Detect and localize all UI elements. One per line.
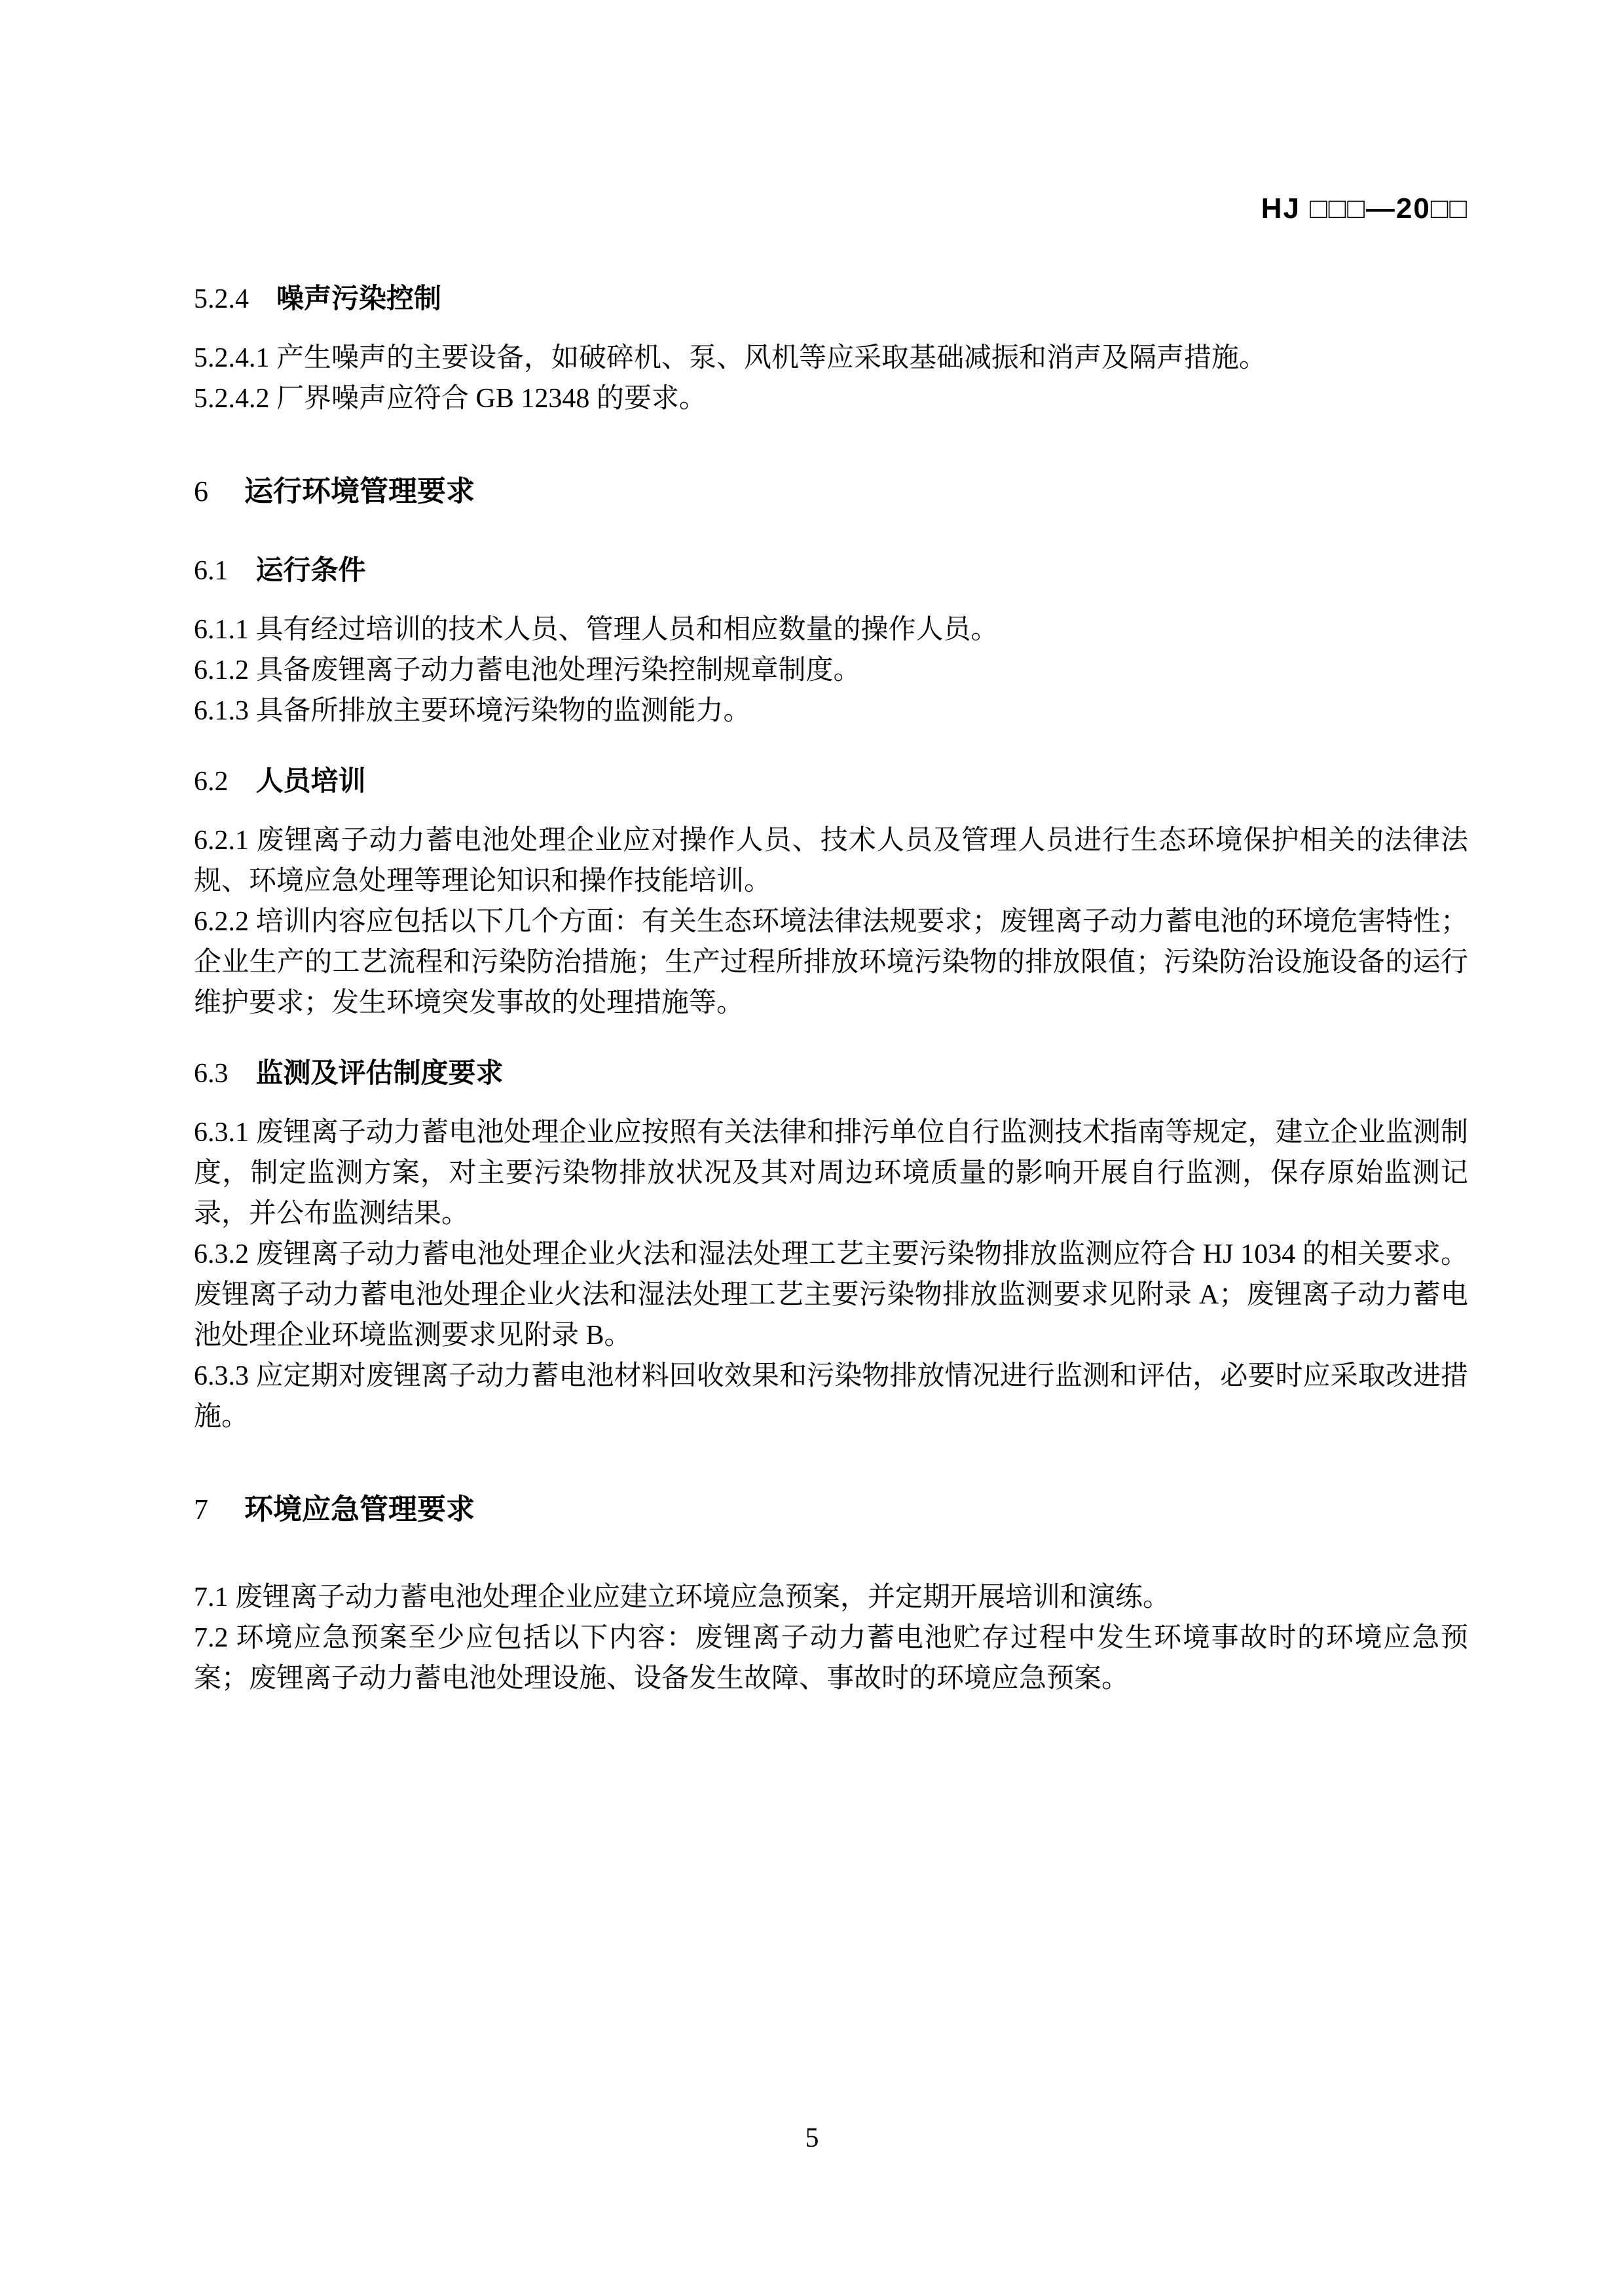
clause-number: 6.1	[194, 556, 229, 586]
paragraph-6-2-1: 6.2.1 废锂离子动力蓄电池处理企业应对操作人员、技术人员及管理人员进行生态环…	[194, 820, 1468, 902]
chapter-title: 运行环境管理要求	[244, 475, 475, 507]
clause-title: 噪声污染控制	[276, 283, 441, 314]
chapter-heading-7: 7环境应急管理要求	[194, 1489, 1468, 1530]
paragraph-7-1: 7.1 废锂离子动力蓄电池处理企业应建立环境应急预案，并定期开展培训和演练。	[194, 1577, 1468, 1618]
clause-heading-6-1: 6.1运行条件	[194, 550, 1468, 591]
chapter-number: 6	[194, 475, 208, 507]
paragraph-6-1-2: 6.1.2 具备废锂离子动力蓄电池处理污染控制规章制度。	[194, 650, 1468, 691]
clause-heading-6-2: 6.2人员培训	[194, 761, 1468, 802]
clause-heading-5-2-4: 5.2.4噪声污染控制	[194, 278, 1468, 319]
page-number: 5	[805, 2123, 819, 2153]
paragraph-6-3-1: 6.3.1 废锂离子动力蓄电池处理企业应按照有关法律和排污单位自行监测技术指南等…	[194, 1112, 1468, 1234]
chapter-number: 7	[194, 1493, 208, 1525]
paragraph-6-1-1: 6.1.1 具有经过培训的技术人员、管理人员和相应数量的操作人员。	[194, 610, 1468, 650]
chapter-heading-6: 6运行环境管理要求	[194, 471, 1468, 512]
clause-number: 5.2.4	[194, 284, 249, 314]
paragraph-6-2-2: 6.2.2 培训内容应包括以下几个方面：有关生态环境法律法规要求；废锂离子动力蓄…	[194, 902, 1468, 1023]
paragraph-6-3-2: 6.3.2 废锂离子动力蓄电池处理企业火法和湿法处理工艺主要污染物排放监测应符合…	[194, 1234, 1468, 1356]
clause-number: 6.2	[194, 767, 229, 797]
page-header: HJ □□□—20□□	[194, 189, 1468, 229]
paragraph-5-2-4-1: 5.2.4.1 产生噪声的主要设备，如破碎机、泵、风机等应采取基础减振和消声及隔…	[194, 338, 1468, 378]
clause-heading-6-3: 6.3监测及评估制度要求	[194, 1053, 1468, 1094]
page-footer: 5	[0, 2118, 1624, 2159]
clause-number: 6.3	[194, 1059, 229, 1089]
paragraph-6-3-3: 6.3.3 应定期对废锂离子动力蓄电池材料回收效果和污染物排放情况进行监测和评估…	[194, 1356, 1468, 1437]
clause-title: 人员培训	[256, 765, 366, 796]
paragraph-6-1-3: 6.1.3 具备所排放主要环境污染物的监测能力。	[194, 691, 1468, 731]
paragraph-7-2: 7.2 环境应急预案至少应包括以下内容：废锂离子动力蓄电池贮存过程中发生环境事故…	[194, 1618, 1468, 1699]
clause-title: 监测及评估制度要求	[256, 1057, 504, 1088]
standard-number: HJ □□□—20□□	[1261, 192, 1468, 225]
document-page: HJ □□□—20□□ 5.2.4噪声污染控制 5.2.4.1 产生噪声的主要设…	[0, 0, 1624, 2296]
clause-title: 运行条件	[256, 555, 366, 585]
chapter-title: 环境应急管理要求	[244, 1493, 475, 1525]
paragraph-5-2-4-2: 5.2.4.2 厂界噪声应符合 GB 12348 的要求。	[194, 378, 1468, 419]
